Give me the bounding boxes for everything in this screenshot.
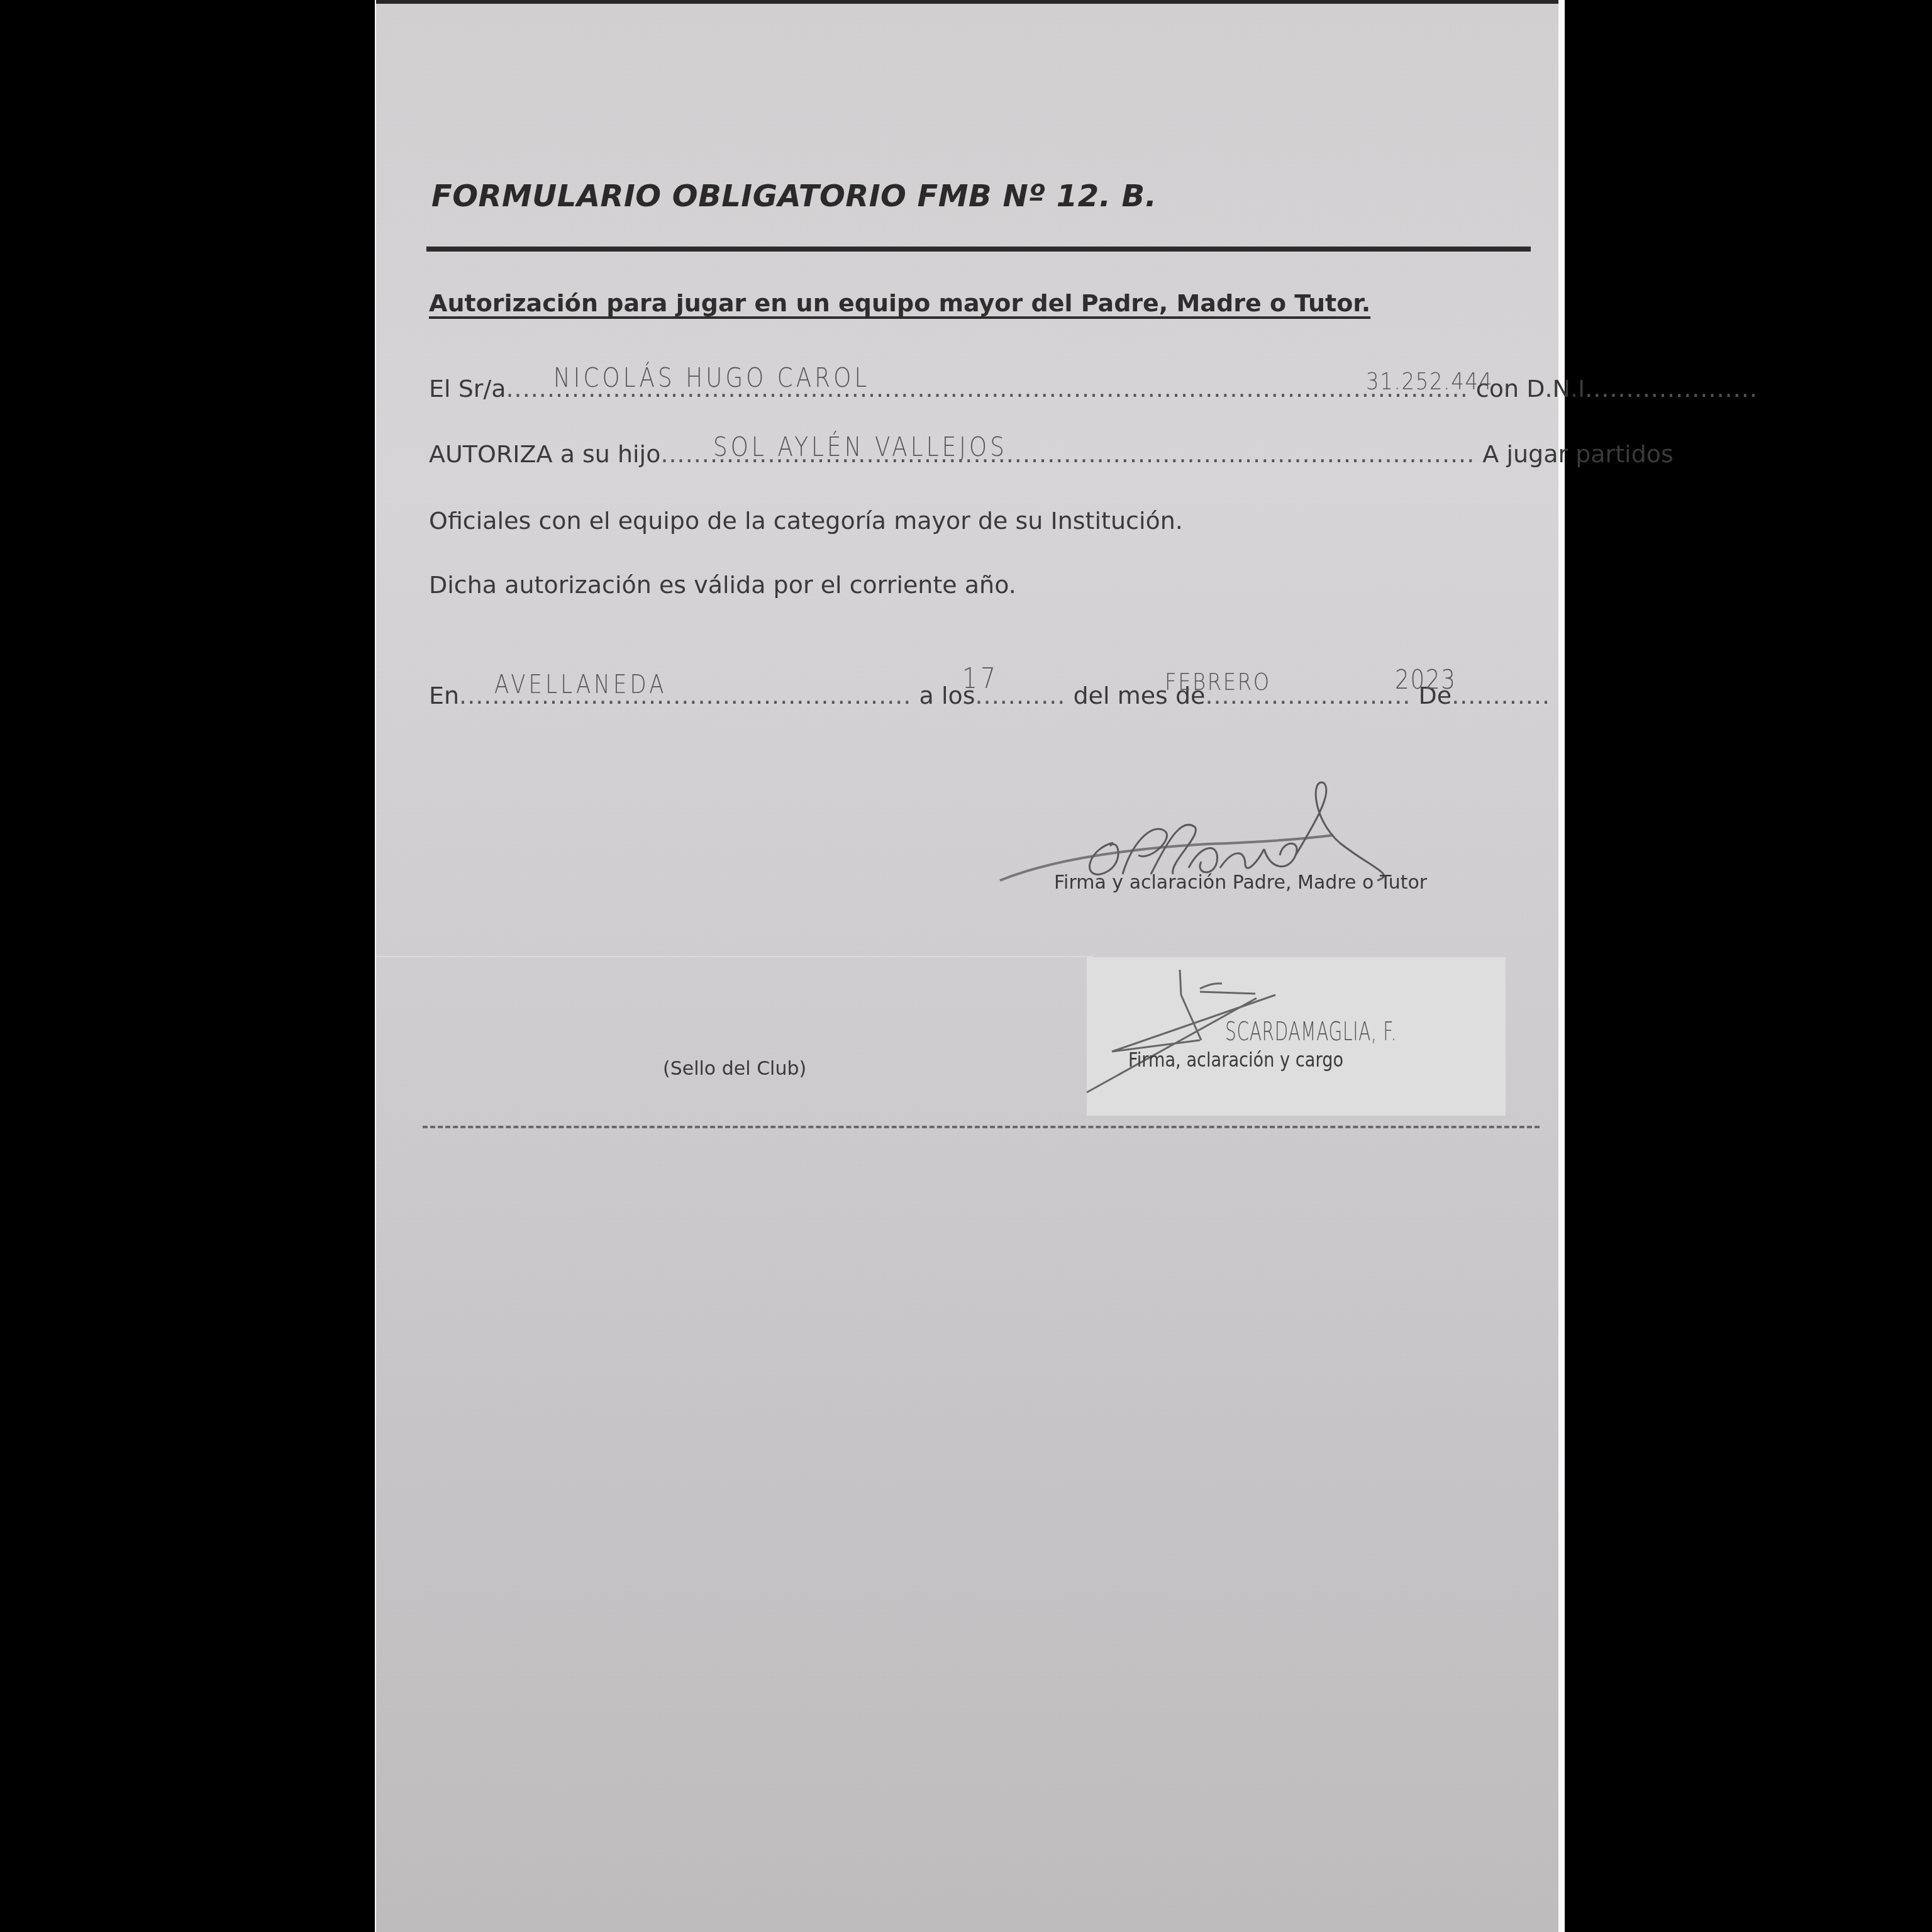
paper-fold <box>376 956 1093 957</box>
page-top-edge <box>376 0 1558 4</box>
form-title: FORMULARIO OBLIGATORIO FMB Nº 12. B. <box>431 179 1157 214</box>
club-stamp-label: (Sello del Club) <box>663 1058 806 1080</box>
title-divider <box>426 247 1531 252</box>
dni-field[interactable]: ..................... <box>1585 375 1758 402</box>
en-label: En <box>429 682 459 709</box>
child-line: AUTORIZA a su hijo......................… <box>429 440 1674 468</box>
place-value: AVELLANEDA <box>494 670 667 699</box>
parent-signature-label: Firma y aclaración Padre, Madre o Tutor <box>1054 872 1427 894</box>
text-line-4: Dicha autorización es válida por el corr… <box>429 571 1016 599</box>
month-value: FEBRERO <box>1165 668 1271 696</box>
form-subtitle: Autorización para jugar en un equipo may… <box>429 289 1370 317</box>
dni-value: 31.252.444 <box>1366 367 1493 395</box>
child-prefix: AUTORIZA a su hijo <box>429 440 660 468</box>
official-signature-label: Firma, aclaración y cargo <box>1128 1048 1343 1072</box>
text-line-3: Oficiales con el equipo de la categoría … <box>429 507 1183 535</box>
official-name-value: SCARDAMAGLIA, F. <box>1225 1018 1397 1046</box>
year-field[interactable]: ............ <box>1452 682 1550 709</box>
day-value: 17 <box>962 663 999 695</box>
cut-line <box>423 1126 1540 1128</box>
child-suffix: A jugar partidos <box>1482 440 1673 468</box>
year-value: 2023 <box>1395 664 1457 695</box>
child-name-value: SOL AYLÉN VALLEJOS <box>713 431 1008 462</box>
parent-name-value: NICOLÁS HUGO CAROL <box>553 362 870 393</box>
parent-prefix: El Sr/a <box>429 375 506 402</box>
